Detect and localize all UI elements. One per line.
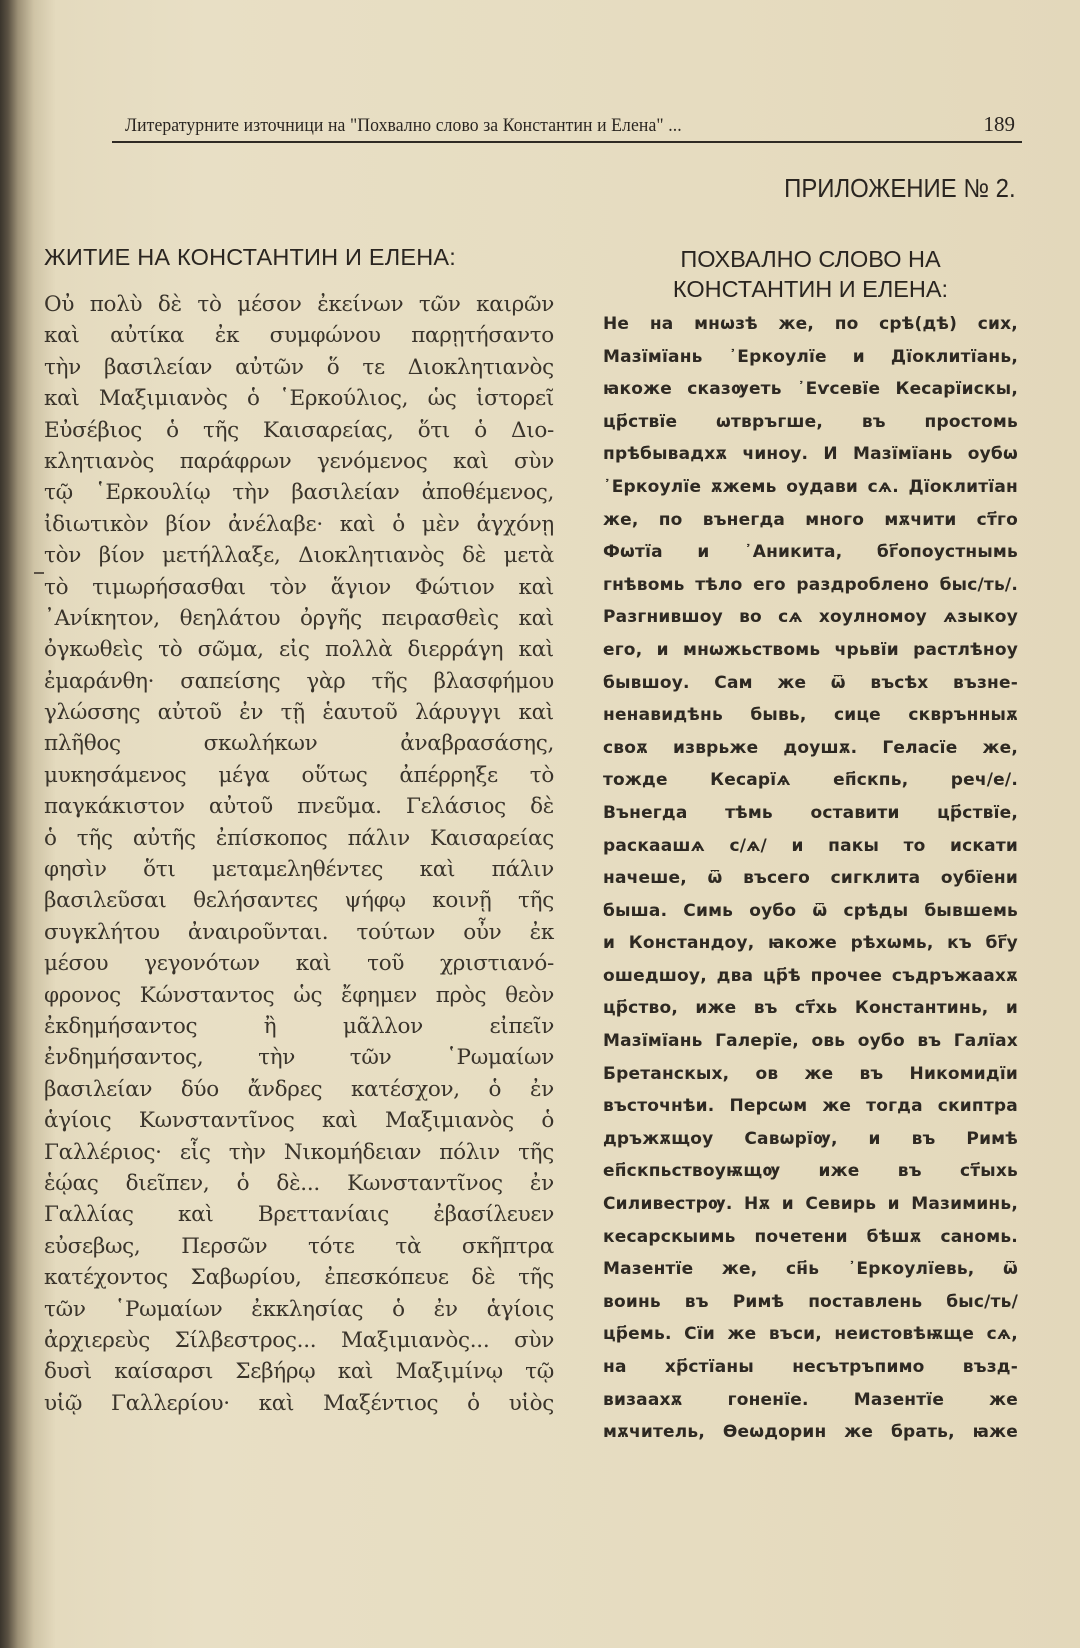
- greek-text-line: τὸνβίονμετήλλαξε,Διοκλητιανὸςδὲμετὰ: [44, 540, 554, 571]
- slavonic-text-line: цр҃ство,ижевъст҃хьКонстантинь,и: [603, 992, 1018, 1025]
- greek-text-line: πλῆθοςσκωλήκωνἀναβρασάσης,: [44, 728, 554, 759]
- greek-text-line: ἰδιωτικὸνβίονἀνέλαβε·καὶὁμὲνἀγχόνῃ: [44, 509, 554, 540]
- slavonic-text-line: гнѣвомьтѣлоегораздробленобыс/ть/.: [603, 569, 1018, 602]
- greek-text-line: φρονοςΚώνσταντοςὡςἔφημενπρὸςθεὸν: [44, 980, 554, 1011]
- slavonic-text-line: своѫизврьжедоушѫ.Геласїеже,: [603, 732, 1018, 765]
- greek-text-line: τὸτιμωρήσασθαιτὸνἅγιονΦώτιονκαὶ: [44, 572, 554, 603]
- slavonic-text-line: ꙗкожесказѹеть᾿ЕѵсевїеКесарїискы,: [603, 373, 1018, 406]
- greek-text-line: κατέχοντοςΣαβωρίου,ἐπεσκόπευεδὲτῆς: [44, 1262, 554, 1293]
- slavonic-text-line: прѣбывадхѫчиноу.ИМазїмїаньоубѡ: [603, 438, 1018, 471]
- greek-text-line: μέσουγεγονότωνκαὶτοῦχριστιανό-: [44, 948, 554, 979]
- slavonic-text-line: ошедшоу,двацр҃ѣпрочеесъдръжаахѫ: [603, 960, 1018, 993]
- slavonic-column: ПОХВАЛНО СЛОВО НА КОНСТАНТИН И ЕЛЕНА: Не…: [603, 244, 1018, 1449]
- slavonic-text-line: дръжѫщоуСавѡрїѹ,ивъРимѣ: [603, 1123, 1018, 1156]
- slavonic-text-line: Ненамнѡзѣже,посрѣ(дѣ)сих,: [603, 308, 1018, 341]
- header-rule: [112, 141, 1022, 143]
- slavonic-text-line: же,повънегдамногомѫчитист҃го: [603, 504, 1018, 537]
- greek-text-line: ἐμαράνθη·σαπείσηςγὰρτῆςβλασφήμου: [44, 666, 554, 697]
- slavonic-text-line: ᾿Еркоулїеѫжемьоудависѧ.Дїоклитїан: [603, 471, 1018, 504]
- greek-text-line: τὴνβασιλείαναὐτῶνὅτεΔιοκλητιανὸς: [44, 352, 554, 383]
- greek-text-line: παγκάκιστοναὐτοῦπνεῦμα.Γελάσιοςδὲ: [44, 791, 554, 822]
- page-number: 189: [984, 112, 1018, 137]
- greek-text-line: βασιλείανδύοἄνδρεςκατέσχον,ὁἐν: [44, 1074, 554, 1105]
- slavonic-text-line: бывшоу.Самжеѿвъсѣхвъзне-: [603, 667, 1018, 700]
- slavonic-text-line: его,имнѡжьствомьчрьвїирастлѣноу: [603, 634, 1018, 667]
- greek-text-line: υἱῷΓαλλερίου·καὶΜαξέντιοςὁυἱὸς: [44, 1388, 554, 1419]
- slavonic-text-line: тождеКесарїѧеп҃скпь,реч/е/.: [603, 764, 1018, 797]
- slavonic-text-line: воиньвъРимѣпоставленьбыс/ть/: [603, 1286, 1018, 1319]
- greek-text-line: Οὐπολὺδὲτὸμέσονἐκείνωντῶνκαιρῶν: [44, 289, 554, 320]
- greek-text-line: φησὶνὅτιμεταμεληθέντεςκαὶπάλιν: [44, 854, 554, 885]
- slavonic-column-heading-line1: ПОХВАЛНО СЛОВО НА: [603, 244, 1018, 274]
- greek-text-line: καὶαὐτίκαἐκσυμφώνουπαρῃτήσαντο: [44, 320, 554, 351]
- slavonic-text-line: визаахѫгоненїе.Мазентїеже: [603, 1384, 1018, 1417]
- greek-text-line: εὐσεβως,Περσῶντότετὰσκῆπτρα: [44, 1231, 554, 1262]
- greek-text-line: ἑῴαςδιεῖπεν,ὁδὲ...Κωνσταντῖνοςἐν: [44, 1168, 554, 1199]
- slavonic-text-line: Вънегдатѣмьоставитицр҃ствїе,: [603, 797, 1018, 830]
- book-page: Литературните източници на "Похвално сло…: [0, 0, 1080, 1648]
- greek-text-line: δυσὶκαίσαρσιΣεβήρῳκαὶΜαξιμίνῳτῷ: [44, 1356, 554, 1387]
- slavonic-text-line: Мазентїеже,сн҃ь᾿Еркоулїевь,ѿ: [603, 1253, 1018, 1286]
- slavonic-text-line: начеше,ѿвъсегосигклитаоубїени: [603, 862, 1018, 895]
- appendix-label: ПРИЛОЖЕНИЕ № 2.: [785, 173, 1016, 204]
- greek-text-line: τῷ῾Ερκουλίῳτὴνβασιλείανἀποθέμενος,: [44, 477, 554, 508]
- greek-column: ЖИТИЕ НА КОНСТАНТИН И ЕЛЕНА: Οὐπολὺδὲτὸμ…: [44, 244, 554, 1419]
- slavonic-text-line: МазїмїаньГалерїе,овьоубовъГалїах: [603, 1025, 1018, 1058]
- slavonic-text-line: Силивестрѹ.НѫиСевирьиМазиминь,: [603, 1188, 1018, 1221]
- greek-text-line: Γαλλέριος·εἷςτὴνΝικομήδειανπόλιντῆς: [44, 1137, 554, 1168]
- greek-text-line: μυκησάμενοςμέγαοὕτωςἀπέρρηξετὸ: [44, 760, 554, 791]
- slavonic-text-line: Фѡтїаи᾿Аникита,бг҃опоустнымь: [603, 536, 1018, 569]
- slavonic-text-line: цр҃емь.Сїижевъси,неистовѣѭщесѧ,: [603, 1318, 1018, 1351]
- greek-text-line: κλητιανὸςπαράφρωνγενόμενοςκαὶσὺν: [44, 446, 554, 477]
- greek-text-line: ἀρχιερεὺςΣίλβεστρος...Μαξιμιανὸς...σὺν: [44, 1325, 554, 1356]
- slavonic-text-line: еп҃скпьствоуѭщѹижевъст҃ыхь: [603, 1155, 1018, 1188]
- slavonic-text-line: мѫчитель,Ѳеѡдоринжебрать,ꙗже: [603, 1416, 1018, 1449]
- slavonic-text-line: иКонстандоу,ꙗкожерѣхωмь,къбг҃у: [603, 927, 1018, 960]
- greek-text: Οὐπολὺδὲτὸμέσονἐκείνωντῶνκαιρῶνκαὶαὐτίκα…: [44, 289, 554, 1419]
- slavonic-text-line: Бретанскых,овжевъНикомидїи: [603, 1058, 1018, 1091]
- slavonic-text: Ненамнѡзѣже,посрѣ(дѣ)сих,Мазїмїань᾿Еркоу…: [603, 308, 1018, 1449]
- greek-text-line: καὶΜαξιμιανὸςὁ῾Ερκούλιος,ὡςἱστορεῖ: [44, 383, 554, 414]
- slavonic-text-line: раскаашѧс/ѧ/ипакытоискати: [603, 830, 1018, 863]
- greek-text-line: ἁγίοιςΚωνσταντῖνοςκαὶΜαξιμιανὸςὁ: [44, 1105, 554, 1136]
- greek-text-line: ἐκδημήσαντοςἢμᾶλλονεἰπεῖν: [44, 1011, 554, 1042]
- slavonic-text-line: Мазїмїань᾿ЕркоулїеиДїоклитїань,: [603, 341, 1018, 374]
- running-head-title: Литературните източници на "Похвално сло…: [125, 115, 682, 137]
- running-head: Литературните източници на "Похвално сло…: [125, 112, 1017, 137]
- greek-text-line: ΕὐσέβιοςὁτῆςΚαισαρείας,ὅτιὁΔιο-: [44, 415, 554, 446]
- greek-text-line: τῶν῾Ρωμαίωνἐκκλησίαςὁἐνἁγίοις: [44, 1294, 554, 1325]
- greek-text-line: συγκλήτουἀναιροῦνται.τούτωνοὖνἐκ: [44, 917, 554, 948]
- greek-text-line: ἐνδημήσαντος,τὴντῶν῾Ρωμαίων: [44, 1042, 554, 1073]
- slavonic-text-line: быша.Симьоубоѿсрѣдыбывшемь: [603, 895, 1018, 928]
- slavonic-text-line: въсточнѣи.Персѡмжетогдаскиптра: [603, 1090, 1018, 1123]
- greek-text-line: γλώσσηςαὐτοῦἐντῇἑαυτοῦλάρυγγικαὶ: [44, 697, 554, 728]
- margin-mark: [34, 572, 44, 574]
- slavonic-text-line: кесарскыимьпочетенибѣшѫсаномь.: [603, 1221, 1018, 1254]
- greek-text-line: βασιλεῦσαιθελήσαντεςψήφῳκοινῇτῆς: [44, 885, 554, 916]
- slavonic-text-line: цр҃ствїеѡтвръгше,въпростомь: [603, 406, 1018, 439]
- greek-text-line: ὀγκωθεὶςτὸσῶμα,εἰςπολλὰδιερράγηκαὶ: [44, 634, 554, 665]
- greek-text-line: ΓαλλίαςκαὶΒρεττανίαιςἐβασίλευεν: [44, 1199, 554, 1230]
- slavonic-column-heading-line2: КОНСТАНТИН И ЕЛЕНА:: [603, 274, 1018, 304]
- slavonic-text-line: ненавидѣньбывь,сицескврънныѫ: [603, 699, 1018, 732]
- slavonic-text-line: нахр҃стїанынесътръпимовъзд-: [603, 1351, 1018, 1384]
- greek-column-heading: ЖИТИЕ НА КОНСТАНТИН И ЕЛЕНА:: [44, 244, 554, 271]
- slavonic-text-line: Разгнившоувосѧхоулномоуѧзыкоу: [603, 601, 1018, 634]
- greek-text-line: ᾿Ανίκητον,θεηλάτουὀργῆςπειρασθεὶςκαὶ: [44, 603, 554, 634]
- greek-text-line: ὁτῆςαὐτῆςἐπίσκοποςπάλινΚαισαρείας: [44, 823, 554, 854]
